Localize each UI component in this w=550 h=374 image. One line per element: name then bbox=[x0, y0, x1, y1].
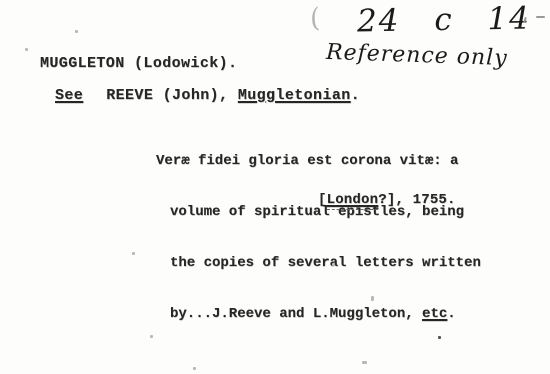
shelfmark-annotation: 24 c 14 bbox=[357, 0, 532, 39]
see-reference-period: . bbox=[351, 87, 360, 104]
scan-speck bbox=[193, 367, 196, 370]
scan-speck bbox=[132, 252, 135, 255]
imprint-after-place: ?], bbox=[378, 192, 412, 208]
scan-speck bbox=[150, 335, 153, 338]
card-heading: MUGGLETON (Lodowick). bbox=[40, 55, 237, 72]
title-note-line-4: by...J.Reeve and L.Muggleton, etc. bbox=[170, 306, 481, 323]
reference-only-annotation: Reference only bbox=[326, 40, 508, 71]
pencil-stray-dash bbox=[536, 16, 545, 18]
scan-speck bbox=[371, 296, 374, 301]
see-label: See bbox=[55, 87, 83, 104]
title-note-etc: etc bbox=[422, 306, 447, 322]
title-note-line-3: the copies of several letters written bbox=[170, 255, 481, 272]
scan-speck bbox=[25, 48, 28, 51]
see-reference-text: REEVE (John), bbox=[106, 87, 238, 104]
scan-speck bbox=[362, 361, 367, 364]
title-note: Veræ fidei gloria est corona vitæ: a vol… bbox=[156, 119, 481, 357]
imprint-place: London bbox=[327, 192, 379, 210]
see-reference-line: SeeREEVE (John), Muggletonian. bbox=[55, 87, 360, 104]
title-note-line-4-text: by...J.Reeve and L.Muggleton, bbox=[170, 306, 422, 322]
pencil-mark: ( bbox=[307, 3, 324, 35]
scan-speck bbox=[438, 336, 441, 339]
title-note-line-4-period: . bbox=[447, 306, 455, 322]
scan-speck bbox=[332, 263, 335, 266]
imprint-line: [London?], 1755. bbox=[318, 192, 456, 208]
title-note-line-1: Veræ fidei gloria est corona vitæ: a bbox=[156, 153, 481, 170]
imprint-year: 1755. bbox=[413, 192, 456, 208]
imprint-bracket: [ bbox=[318, 192, 327, 208]
see-reference-target: Muggletonian bbox=[238, 87, 351, 104]
scan-speck bbox=[75, 30, 78, 33]
catalog-card: ( 24 c 14 Reference only MUGGLETON (Lodo… bbox=[0, 0, 550, 374]
